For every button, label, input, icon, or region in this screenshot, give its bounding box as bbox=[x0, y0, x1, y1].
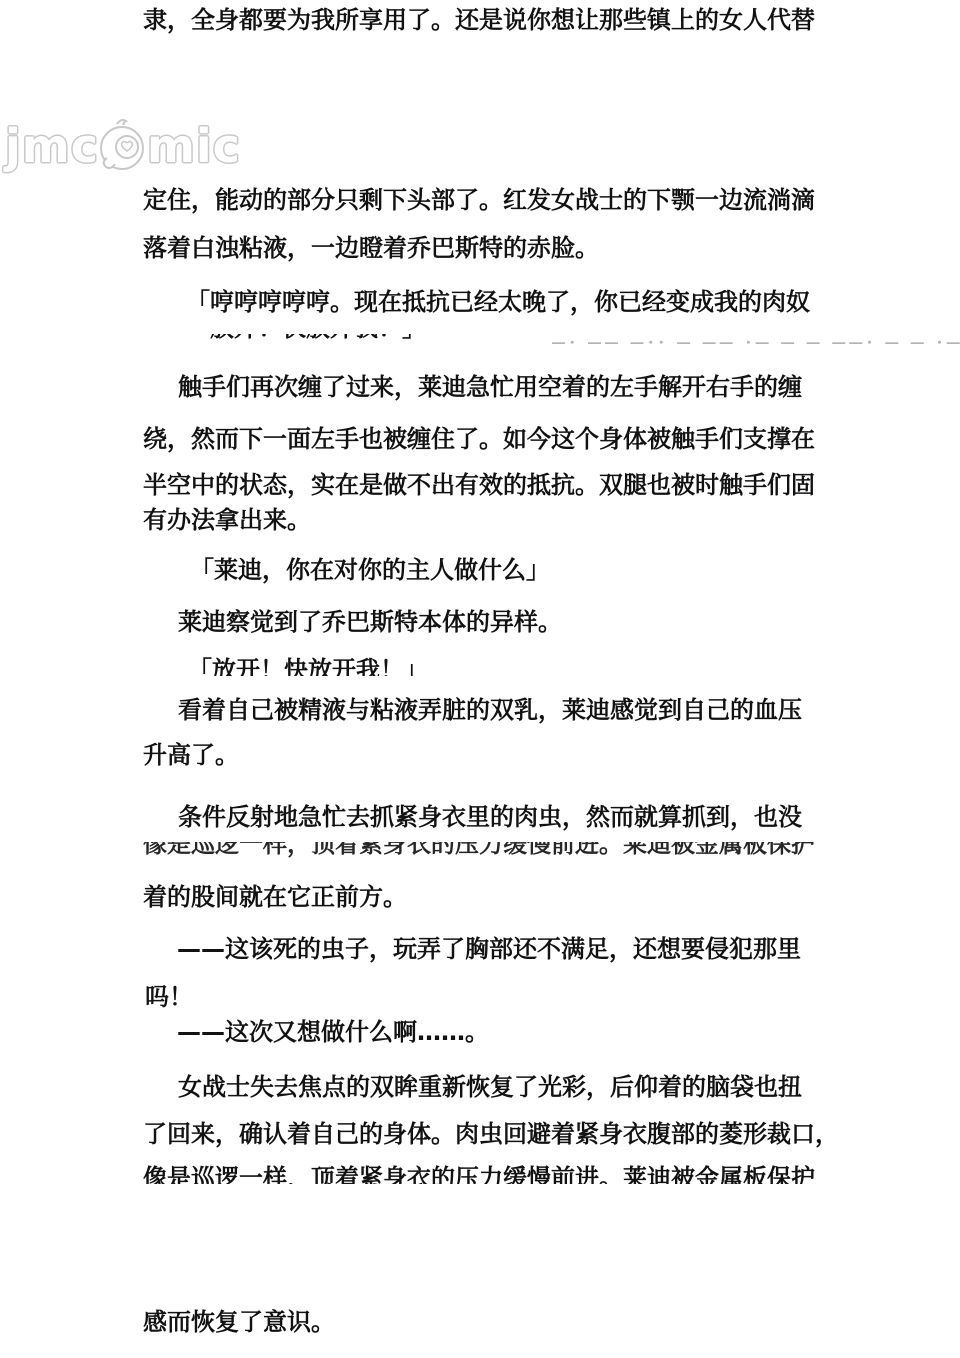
text-line: 「哼哼哼哼哼。现在抵抗已经太晚了，你已经变成我的肉奴 bbox=[186, 288, 810, 316]
text-line: 定住，能动的部分只剩下头部了。红发女战士的下颚一边流淌滴 bbox=[143, 186, 815, 214]
text-line-glitch-clipped: 「放开！快放开我！」 bbox=[186, 334, 426, 343]
text-line-glitch-clipped: 「放开！快放开我！」 bbox=[188, 656, 428, 676]
text-line: ——这该死的虫子，玩弄了胸部还不满足，还想要侵犯那里 bbox=[177, 935, 801, 963]
text-line-glitch-clipped: 像是巡逻一样，顶着紧身衣的压力缓慢前进。莱迪被金属板保护 bbox=[143, 1164, 815, 1184]
text-line: 莱迪察觉到了乔巴斯特本体的异样。 bbox=[178, 608, 562, 636]
text-line: 绕，然而下一面左手也被缠住了。如今这个身体被触手们支撑在 bbox=[143, 425, 815, 453]
text-line: 感而恢复了意识。 bbox=[143, 1308, 335, 1336]
jmcomic-mascot-icon bbox=[97, 118, 149, 174]
text-line: 着的股间就在它正前方。 bbox=[143, 883, 407, 911]
watermark-text-right: mic bbox=[147, 123, 241, 169]
glitch-faint-fragment: ―･ ―― ―･･ ― ―― ･― ― ― ――･ ― ― ･― bbox=[552, 332, 960, 351]
text-line: 了回来，确认着自己的身体。肉虫回避着紧身衣腹部的菱形裁口， bbox=[143, 1120, 839, 1148]
watermark-text-left: jmc bbox=[5, 123, 99, 169]
text-line: 「莱迪，你在对你的主人做什么」 bbox=[190, 556, 550, 584]
text-line: 有办法拿出来。 bbox=[143, 506, 311, 534]
text-line: 半空中的状态，实在是做不出有效的抵抗。双腿也被时触手们固 bbox=[143, 471, 815, 499]
text-line: 触手们再次缠了过来，莱迪急忙用空着的左手解开右手的缠 bbox=[178, 373, 802, 401]
novel-text-page: jmc mic 隶，全身都要为我所享用了。还是说你想让那些镇上的女人代替 定住，… bbox=[0, 0, 960, 1358]
jmcomic-watermark: jmc mic bbox=[5, 118, 241, 174]
text-line-glitch-clipped: 像是巡逻一样，顶着紧身衣的压力缓慢前进。莱迪被金属板保护 bbox=[143, 842, 815, 858]
text-line: 条件反射地急忙去抓紧身衣里的肉虫，然而就算抓到，也没 bbox=[178, 803, 802, 831]
text-line: ——这次又想做什么啊……。 bbox=[177, 1018, 489, 1046]
text-line: 女战士失去焦点的双眸重新恢复了光彩，后仰着的脑袋也扭 bbox=[178, 1073, 802, 1101]
text-line: 吗！ bbox=[145, 983, 193, 1011]
text-line: 落着白浊粘液，一边瞪着乔巴斯特的赤脸。 bbox=[143, 234, 599, 262]
text-line: 升高了。 bbox=[143, 741, 239, 769]
text-line: 隶，全身都要为我所享用了。还是说你想让那些镇上的女人代替 bbox=[143, 6, 815, 34]
text-line: 看着自己被精液与粘液弄脏的双乳，莱迪感觉到自己的血压 bbox=[178, 696, 802, 724]
